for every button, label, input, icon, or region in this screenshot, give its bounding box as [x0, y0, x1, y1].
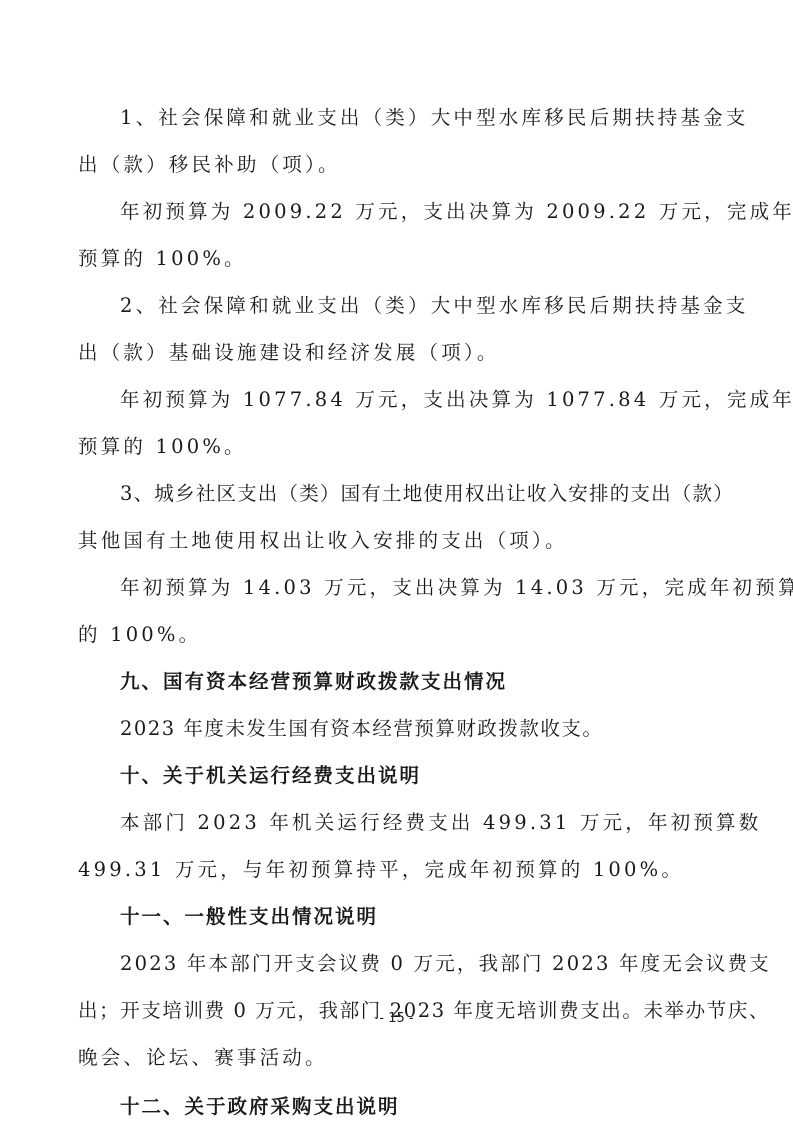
paragraph-line: 年初预算为 1077.84 万元，支出决算为 1077.84 万元，完成年初 — [120, 386, 793, 414]
paragraph-line: 3、城乡社区支出（类）国有土地使用权出让收入安排的支出（款） — [120, 480, 734, 508]
paragraph-line: 2023 年度未发生国有资本经营预算财政拨款收支。 — [120, 715, 603, 743]
paragraph-line: 年初预算为 2009.22 万元，支出决算为 2009.22 万元，完成年初 — [120, 198, 793, 226]
section-heading-9: 九、国有资本经营预算财政拨款支出情况 — [120, 668, 507, 696]
page-number: - 15 - — [0, 1011, 793, 1026]
paragraph-line: 2、社会保障和就业支出（类）大中型水库移民后期扶持基金支 — [120, 292, 749, 320]
paragraph-line: 出（款）移民补助（项）。 — [78, 151, 341, 179]
paragraph-line: 本部门 2023 年机关运行经费支出 499.31 万元，年初预算数 — [120, 809, 761, 837]
paragraph-line: 499.31 万元，与年初预算持平，完成年初预算的 100%。 — [78, 856, 684, 884]
paragraph-line: 预算的 100%。 — [78, 245, 247, 273]
section-heading-11: 十一、一般性支出情况说明 — [120, 903, 378, 931]
paragraph-line: 其他国有土地使用权出让收入安排的支出（项）。 — [78, 527, 568, 555]
section-heading-12: 十二、关于政府采购支出说明 — [120, 1093, 400, 1121]
section-heading-10: 十、关于机关运行经费支出说明 — [120, 762, 421, 790]
paragraph-line: 晚会、论坛、赛事活动。 — [78, 1044, 328, 1072]
paragraph-line: 2023 年本部门开支会议费 0 万元，我部门 2023 年度无会议费支 — [120, 950, 771, 978]
paragraph-line: 1、社会保障和就业支出（类）大中型水库移民后期扶持基金支 — [120, 104, 749, 132]
paragraph-line: 预算的 100%。 — [78, 433, 247, 461]
paragraph-line: 年初预算为 14.03 万元，支出决算为 14.03 万元，完成年初预算 — [120, 574, 793, 602]
paragraph-line: 的 100%。 — [78, 621, 201, 649]
paragraph-line: 出（款）基础设施建设和经济发展（项）。 — [78, 339, 500, 367]
